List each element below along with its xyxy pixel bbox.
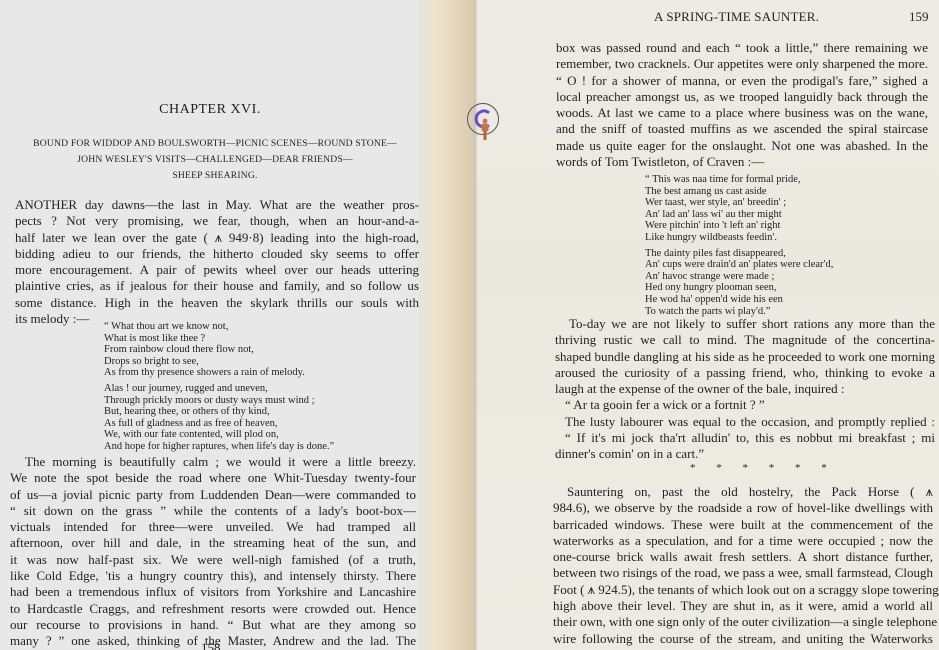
text-line: pects ? Not very promising, we fear, tho… (15, 213, 419, 229)
text-line: The morning is beautifully calm ; we wou… (10, 454, 416, 470)
synopsis-line: JOHN WESLEY'S VISITS—CHALLENGED—DEAR FRI… (15, 152, 415, 168)
text-line: thriving rustic we call to mind. The mag… (555, 332, 935, 348)
text-line: one-course brick walls await fresh settl… (553, 549, 933, 565)
left-paragraph-2: The morning is beautifully calm ; we wou… (10, 454, 416, 650)
poem-line: From rainbow cloud there flow not, (104, 344, 334, 356)
poem-line: Alas ! our journey, rugged and uneven, (104, 383, 334, 395)
poem-line: And hope for higher raptures, when life'… (104, 441, 334, 453)
text-line: afternoon, over hill and dale, in the st… (10, 535, 416, 551)
poem-line: “ What thou art we know not, (104, 321, 334, 333)
poem-line: What is most like thee ? (104, 333, 334, 345)
text-line: The lusty labourer was equal to the occa… (555, 414, 935, 430)
text-line: to Hardcastle Craggs, and refreshment re… (10, 601, 416, 617)
dialect-quote: “ If it's mi jock tha'rt alludin' to, th… (555, 430, 935, 446)
right-page-number: 159 (909, 9, 929, 25)
poem-stanza: “ This was naa time for formal pride, Th… (645, 174, 833, 244)
text-line: between two risings of the road, we pass… (553, 565, 933, 581)
left-page-number: 158 (201, 640, 221, 650)
poem-line: Wer taast, wer style, an' breedin' ; (645, 197, 833, 209)
right-paragraph-3: Sauntering on, past the old hostelry, th… (553, 484, 933, 647)
poem-line: He wod ha' oppen'd wide his een (645, 294, 833, 306)
left-poem: “ What thou art we know not, What is mos… (104, 321, 334, 457)
left-paragraph-1: ANOTHER day dawns—the last in May. What … (15, 197, 419, 327)
text-line: aroused the curiosity of a passing frien… (555, 365, 935, 381)
dialect-quote: “ Ar ta gooin fer a wick or a fortnit ? … (555, 397, 935, 413)
text-line: remember, two cracknels. Our appetites w… (556, 56, 928, 72)
poem-stanza: “ What thou art we know not, What is mos… (104, 321, 334, 379)
poem-line: Hed ony hungry plooman seen, (645, 282, 833, 294)
text-line: wire following the course of the stream,… (553, 631, 933, 647)
right-paragraph-2: To-day we are not likely to suffer short… (555, 316, 935, 463)
text-line: their own, with one sign only of the out… (553, 614, 933, 630)
poem-line: The best amang us cast aside (645, 186, 833, 198)
text-line: “ O ! for a shower of manna, or even the… (556, 73, 928, 89)
section-separator: * * * * * * (690, 462, 836, 474)
poem-line: As full of gladness and as free of heave… (104, 418, 334, 430)
synopsis-line: BOUND FOR WIDDOP AND BOULSWORTH—PICNIC S… (15, 136, 415, 152)
text-line: like Cold Edge, 'tis a hungry country th… (10, 568, 416, 584)
text-line: waterworks as a speculation, and for a t… (553, 533, 933, 549)
text-line: barricaded windows. These were built at … (553, 517, 933, 533)
right-paragraph-1: box was passed round and each “ took a l… (556, 40, 928, 170)
text-line: it was now half-past six. We were well-n… (10, 552, 416, 568)
chapter-synopsis: BOUND FOR WIDDOP AND BOULSWORTH—PICNIC S… (15, 136, 415, 184)
text-line: shaped bundle dangling at his side as he… (555, 349, 935, 365)
text-line: “ sit down on the grass ” while the cont… (10, 503, 416, 519)
poem-line: Were pitchin' into 't left an' right (645, 220, 833, 232)
text-line: To-day we are not likely to suffer short… (555, 316, 935, 332)
text-line: local preacher amongst us, as we trooped… (556, 89, 928, 105)
poem-stanza: Alas ! our journey, rugged and uneven, T… (104, 383, 334, 453)
poem-line: We, with our fate contented, will plod o… (104, 429, 334, 441)
text-line: and the sniff of toasted muffins as we a… (556, 121, 928, 137)
poem-line: An' cups were drain'd an' plates were cl… (645, 259, 833, 271)
text-line: Foot ( ⩚ 924.5), the tenants of which lo… (553, 582, 933, 598)
text-line: some distance. High in the heaven the sk… (15, 295, 419, 311)
poem-line: The dainty piles fast disappeared, (645, 248, 833, 260)
synopsis-line: SHEEP SHEARING. (15, 168, 415, 184)
text-line: high above their level. They are shut in… (553, 598, 933, 614)
text-line: Sauntering on, past the old hostelry, th… (553, 484, 933, 500)
street-view-pegman-icon[interactable] (467, 103, 499, 135)
text-line: laugh at the expense of the owner of the… (555, 381, 935, 397)
poem-line: An' havoc strange were made ; (645, 271, 833, 283)
running-head: A SPRING-TIME SAUNTER. (654, 9, 819, 25)
poem-line: As from thy presence showers a rain of m… (104, 367, 334, 379)
text-line: words of Tom Twistleton, of Craven :— (556, 154, 928, 170)
poem-line: An' lad an' lass wi' au ther might (645, 209, 833, 221)
text-line: 984.6), we observe by the roadside a row… (553, 500, 933, 516)
chapter-title: CHAPTER XVI. (0, 102, 420, 118)
book-gutter (418, 0, 474, 650)
text-line: box was passed round and each “ took a l… (556, 40, 928, 56)
text-line: woods. At last we came to a place where … (556, 105, 928, 121)
poem-line: Like hungry wildbeasts feedin'. (645, 232, 833, 244)
text-line: of us—a jovial picnic party from Luddend… (10, 487, 416, 503)
text-line: our recourse to provisions in hand. “ Bu… (10, 617, 416, 633)
text-line: victuals intended for three—were unveile… (10, 519, 416, 535)
poem-line: Drops so bright to see, (104, 356, 334, 368)
text-line: half later we lean over the gate ( ⩚ 949… (15, 230, 419, 246)
text-line: had been a tremendous influx of visitors… (10, 584, 416, 600)
text-line: plaintive cries, as if jealous for their… (15, 278, 419, 294)
text-line: made us quite eager for the onslaught. N… (556, 138, 928, 154)
poem-line: Through prickly moors or dusty ways must… (104, 395, 334, 407)
text-line: We note the spot beside the road where o… (10, 470, 416, 486)
right-poem: “ This was naa time for formal pride, Th… (645, 174, 833, 321)
poem-line: But, hearing thee, or others of thy kind… (104, 406, 334, 418)
text-line: more encouragement. A pair of pewits whe… (15, 262, 419, 278)
text-line: bidding adieu to our friends, the hither… (15, 246, 419, 262)
text-line: ANOTHER day dawns—the last in May. What … (15, 197, 419, 213)
poem-line: “ This was naa time for formal pride, (645, 174, 833, 186)
dialect-quote: dinner's comin' on in a cart.” (555, 446, 935, 462)
poem-stanza: The dainty piles fast disappeared, An' c… (645, 248, 833, 318)
